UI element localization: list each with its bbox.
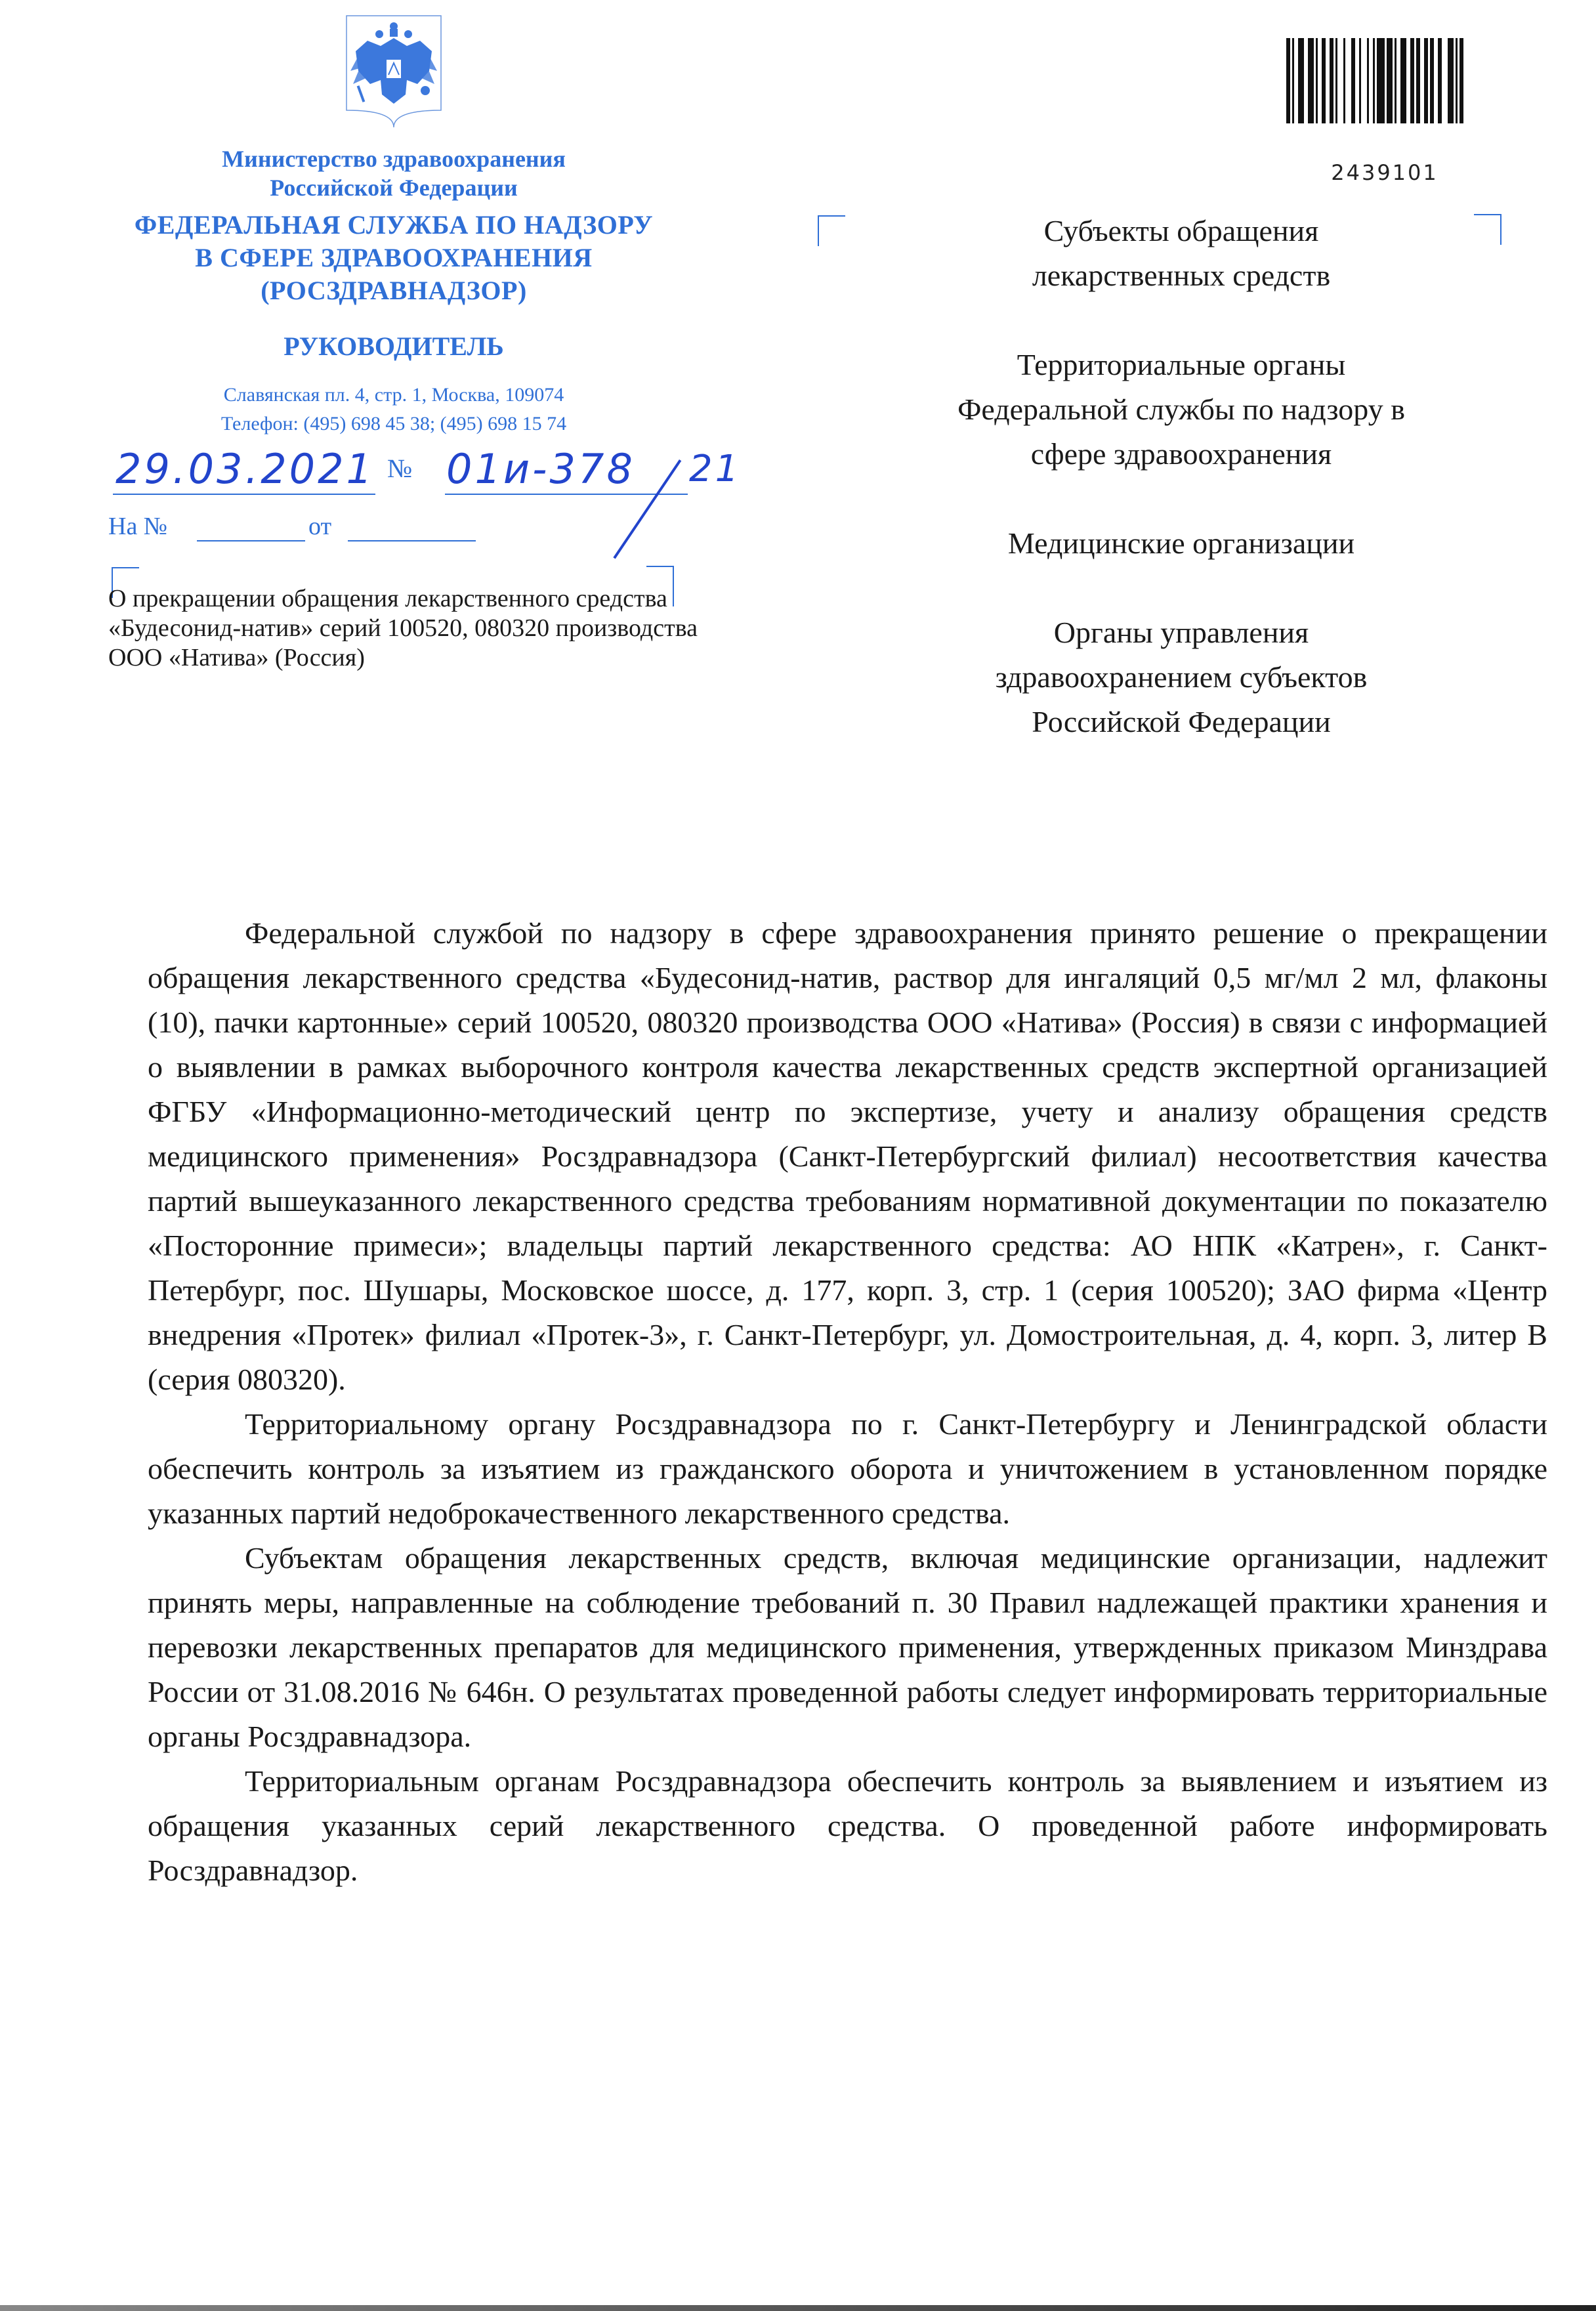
- addressee-line: лекарственных средств: [847, 253, 1516, 298]
- reply-date-blank: [348, 540, 476, 541]
- registration-number-suffix: 21: [689, 446, 741, 492]
- registration-row: 29.03.2021 № 01и-378 21: [105, 446, 735, 519]
- letter-body: Федеральной службой по надзору в сфере з…: [148, 911, 1547, 1893]
- addressee-line: Российской Федерации: [847, 700, 1516, 744]
- addressee-bracket-left: [818, 215, 845, 246]
- ministry-line-1: Министерство здравоохранения: [98, 144, 689, 173]
- addressee-territorial-bodies: Территориальные органы Федеральной служб…: [847, 343, 1516, 477]
- addressee-line: Медицинские организации: [847, 521, 1516, 566]
- signatory-role: РУКОВОДИТЕЛЬ: [98, 330, 689, 363]
- addressee-line: здравоохранением субъектов: [847, 655, 1516, 700]
- number-underline: [445, 494, 688, 495]
- agency-line-3: (РОСЗДРАВНАДЗОР): [98, 274, 689, 307]
- date-underline: [113, 494, 375, 495]
- coat-of-arms-icon: [341, 12, 446, 130]
- barcode-number: 2439101: [1286, 160, 1483, 185]
- document-subject: О прекращении обращения лекарственного с…: [108, 584, 699, 673]
- reply-number-label: На №: [108, 512, 167, 541]
- barcode-icon: [1286, 38, 1483, 123]
- addressee-line: Федеральной службы по надзору в: [847, 387, 1516, 432]
- addressee-line: Субъекты обращения: [847, 209, 1516, 253]
- postal-address: Славянская пл. 4, стр. 1, Москва, 109074: [98, 381, 689, 410]
- barcode: 2439101: [1286, 38, 1490, 123]
- reply-reference-row: На № от: [108, 512, 686, 551]
- addressee-health-authorities: Органы управления здравоохранением субъе…: [847, 610, 1516, 744]
- addressee-line: Территориальные органы: [847, 343, 1516, 387]
- body-paragraph-subjects-measures: Субъектам обращения лекарственных средст…: [148, 1536, 1547, 1759]
- registration-date: 29.03.2021: [115, 446, 391, 492]
- addressee-drug-circulation-subjects: Субъекты обращения лекарственных средств: [847, 209, 1516, 298]
- scan-edge: [0, 2305, 1596, 2311]
- agency-line-2: В СФЕРЕ ЗДРАВООХРАНЕНИЯ: [98, 242, 689, 274]
- body-paragraph-territorial-control: Территориальным органам Росздравнадзора …: [148, 1759, 1547, 1893]
- addressee-medical-organizations: Медицинские организации: [847, 521, 1516, 566]
- phone-numbers: Телефон: (495) 698 45 38; (495) 698 15 7…: [98, 410, 689, 438]
- contact-block: Славянская пл. 4, стр. 1, Москва, 109074…: [98, 381, 689, 438]
- registration-number: 01и-378: [446, 446, 709, 492]
- agency-name: ФЕДЕРАЛЬНАЯ СЛУЖБА ПО НАДЗОРУ В СФЕРЕ ЗД…: [98, 209, 689, 307]
- addressee-line: сфере здравоохранения: [847, 432, 1516, 477]
- reply-date-label: от: [308, 512, 331, 541]
- reply-number-blank: [197, 540, 305, 541]
- number-sign: №: [387, 453, 412, 484]
- body-paragraph-decision: Федеральной службой по надзору в сфере з…: [148, 911, 1547, 1402]
- addressee-line: Органы управления: [847, 610, 1516, 655]
- body-paragraph-spb-control: Территориальному органу Росздравнадзора …: [148, 1402, 1547, 1536]
- ministry-line-2: Российской Федерации: [98, 173, 689, 202]
- ministry-name: Министерство здравоохранения Российской …: [98, 144, 689, 202]
- addressee-list: Субъекты обращения лекарственных средств…: [847, 209, 1516, 789]
- agency-line-1: ФЕДЕРАЛЬНАЯ СЛУЖБА ПО НАДЗОРУ: [98, 209, 689, 242]
